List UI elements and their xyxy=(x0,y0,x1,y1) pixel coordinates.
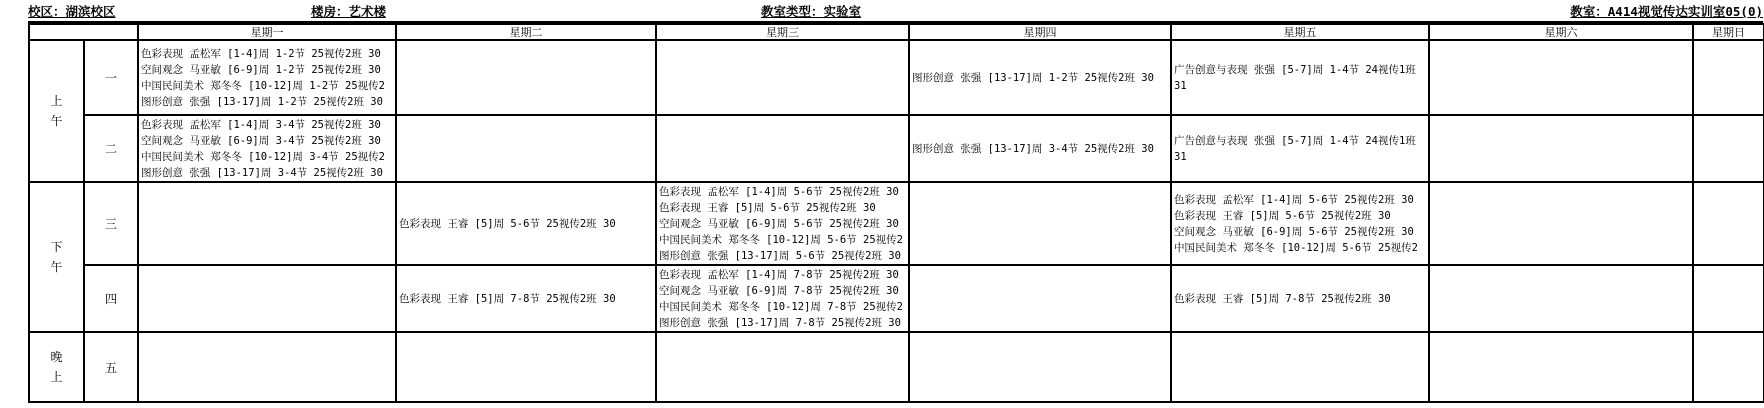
session-cell: 下午 xyxy=(29,182,84,332)
course-entry: 广告创意与表现 张强 [5-7]周 1-4节 24视传1班 xyxy=(1172,62,1428,78)
schedule-cell: 图形创意 张强 [13-17]周 1-2节 25视传2班 30 xyxy=(909,40,1171,115)
schedule-cell xyxy=(396,40,656,115)
timetable-row-五: 晚上五 xyxy=(29,332,1764,402)
schedule-cell: 图形创意 张强 [13-17]周 3-4节 25视传2班 30 xyxy=(909,115,1171,182)
course-entry: 图形创意 张强 [13-17]周 3-4节 25视传2班 30 xyxy=(139,165,395,181)
course-entry: 图形创意 张强 [13-17]周 1-2节 25视传2班 30 xyxy=(910,70,1170,86)
schedule-cell xyxy=(1693,40,1764,115)
session-label: 下午 xyxy=(51,237,63,277)
day-header-friday: 星期五 xyxy=(1171,24,1429,40)
schedule-cell xyxy=(656,115,909,182)
course-entry: 图形创意 张强 [13-17]周 5-6节 25视传2班 30 xyxy=(657,248,908,264)
room-field: 教室：A414视觉传达实训室05(0) xyxy=(1570,4,1763,20)
session-label: 晚上 xyxy=(51,347,63,387)
schedule-cell xyxy=(1429,40,1693,115)
schedule-cell: 色彩表现 孟松军 [1-4]周 3-4节 25视传2班 30空间观念 马亚敏 [… xyxy=(138,115,396,182)
course-entry: 图形创意 张强 [13-17]周 3-4节 25视传2班 30 xyxy=(910,141,1170,157)
schedule-cell xyxy=(1693,115,1764,182)
course-entry: 空间观念 马亚敏 [6-9]周 7-8节 25视传2班 30 xyxy=(657,283,908,299)
schedule-cell xyxy=(1693,182,1764,265)
timetable-body: 上午一色彩表现 孟松军 [1-4]周 1-2节 25视传2班 30空间观念 马亚… xyxy=(29,40,1764,402)
day-header-sunday: 星期日 xyxy=(1693,24,1764,40)
schedule-cell xyxy=(138,265,396,332)
schedule-cell xyxy=(1429,332,1693,402)
schedule-cell: 广告创意与表现 张强 [5-7]周 1-4节 24视传1班 31 xyxy=(1171,40,1429,115)
period-label: 一 xyxy=(84,40,138,115)
corner-cell xyxy=(29,24,138,40)
schedule-cell xyxy=(396,332,656,402)
schedule-cell xyxy=(656,40,909,115)
schedule-cell xyxy=(1429,265,1693,332)
schedule-cell xyxy=(138,182,396,265)
schedule-cell: 色彩表现 孟松军 [1-4]周 7-8节 25视传2班 30空间观念 马亚敏 [… xyxy=(656,265,909,332)
course-entry: 色彩表现 孟松军 [1-4]周 5-6节 25视传2班 30 xyxy=(657,184,908,200)
timetable-row-四: 四色彩表现 王睿 [5]周 7-8节 25视传2班 30色彩表现 孟松军 [1-… xyxy=(29,265,1764,332)
schedule-cell xyxy=(909,182,1171,265)
course-entry: 空间观念 马亚敏 [6-9]周 3-4节 25视传2班 30 xyxy=(139,133,395,149)
page-header: 校区：湖滨校区 楼房：艺术楼 教室类型：实验室 教室：A414视觉传达实训室05… xyxy=(28,4,1763,23)
day-header-row: 星期一 星期二 星期三 星期四 星期五 星期六 星期日 xyxy=(29,24,1764,40)
timetable-row-一: 上午一色彩表现 孟松军 [1-4]周 1-2节 25视传2班 30空间观念 马亚… xyxy=(29,40,1764,115)
course-entry: 色彩表现 孟松军 [1-4]周 7-8节 25视传2班 30 xyxy=(657,267,908,283)
schedule-cell: 广告创意与表现 张强 [5-7]周 1-4节 24视传1班 31 xyxy=(1171,115,1429,182)
course-entry: 图形创意 张强 [13-17]周 1-2节 25视传2班 30 xyxy=(139,94,395,110)
room-type-field: 教室类型：实验室 xyxy=(761,4,861,20)
schedule-cell: 色彩表现 王睿 [5]周 7-8节 25视传2班 30 xyxy=(396,265,656,332)
timetable-row-三: 下午三色彩表现 王睿 [5]周 5-6节 25视传2班 30色彩表现 孟松军 [… xyxy=(29,182,1764,265)
campus-field: 校区：湖滨校区 xyxy=(28,4,116,20)
schedule-cell xyxy=(138,332,396,402)
schedule-cell xyxy=(1429,115,1693,182)
course-entry: 空间观念 马亚敏 [6-9]周 1-2节 25视传2班 30 xyxy=(139,62,395,78)
day-header-saturday: 星期六 xyxy=(1429,24,1693,40)
course-entry: 色彩表现 王睿 [5]周 5-6节 25视传2班 30 xyxy=(397,216,655,232)
course-entry: 空间观念 马亚敏 [6-9]周 5-6节 25视传2班 30 xyxy=(657,216,908,232)
day-header-monday: 星期一 xyxy=(138,24,396,40)
course-entry: 中国民间美术 郑冬冬 [10-12]周 1-2节 25视传2 xyxy=(139,78,395,94)
schedule-cell xyxy=(1693,265,1764,332)
course-entry: 图形创意 张强 [13-17]周 7-8节 25视传2班 30 xyxy=(657,315,908,331)
timetable-page: 校区：湖滨校区 楼房：艺术楼 教室类型：实验室 教室：A414视觉传达实训室05… xyxy=(0,0,1764,408)
course-entry: 中国民间美术 郑冬冬 [10-12]周 5-6节 25视传2 xyxy=(1172,240,1428,256)
schedule-cell xyxy=(1171,332,1429,402)
schedule-cell: 色彩表现 孟松军 [1-4]周 1-2节 25视传2班 30空间观念 马亚敏 [… xyxy=(138,40,396,115)
schedule-cell xyxy=(396,115,656,182)
schedule-cell xyxy=(1693,332,1764,402)
schedule-cell: 色彩表现 王睿 [5]周 7-8节 25视传2班 30 xyxy=(1171,265,1429,332)
course-entry: 色彩表现 孟松军 [1-4]周 3-4节 25视传2班 30 xyxy=(139,117,395,133)
schedule-cell: 色彩表现 孟松军 [1-4]周 5-6节 25视传2班 30色彩表现 王睿 [5… xyxy=(1171,182,1429,265)
course-entry: 色彩表现 孟松军 [1-4]周 5-6节 25视传2班 30 xyxy=(1172,192,1428,208)
session-label: 上午 xyxy=(51,91,63,131)
course-entry: 色彩表现 孟松军 [1-4]周 1-2节 25视传2班 30 xyxy=(139,46,395,62)
day-header-wednesday: 星期三 xyxy=(656,24,909,40)
timetable: 星期一 星期二 星期三 星期四 星期五 星期六 星期日 上午一色彩表现 孟松军 … xyxy=(28,23,1764,403)
building-field: 楼房：艺术楼 xyxy=(311,4,386,20)
session-cell: 晚上 xyxy=(29,332,84,402)
session-cell: 上午 xyxy=(29,40,84,182)
schedule-cell xyxy=(656,332,909,402)
course-entry: 空间观念 马亚敏 [6-9]周 5-6节 25视传2班 30 xyxy=(1172,224,1428,240)
course-entry: 色彩表现 王睿 [5]周 5-6节 25视传2班 30 xyxy=(657,200,908,216)
course-entry: 中国民间美术 郑冬冬 [10-12]周 5-6节 25视传2 xyxy=(657,232,908,248)
course-entry: 色彩表现 王睿 [5]周 7-8节 25视传2班 30 xyxy=(397,291,655,307)
course-entry: 中国民间美术 郑冬冬 [10-12]周 3-4节 25视传2 xyxy=(139,149,395,165)
course-entry: 中国民间美术 郑冬冬 [10-12]周 7-8节 25视传2 xyxy=(657,299,908,315)
schedule-cell: 色彩表现 王睿 [5]周 5-6节 25视传2班 30 xyxy=(396,182,656,265)
schedule-cell xyxy=(1429,182,1693,265)
period-label: 三 xyxy=(84,182,138,265)
day-header-tuesday: 星期二 xyxy=(396,24,656,40)
course-entry: 31 xyxy=(1172,149,1428,165)
period-label: 五 xyxy=(84,332,138,402)
period-label: 四 xyxy=(84,265,138,332)
course-entry: 31 xyxy=(1172,78,1428,94)
schedule-cell xyxy=(909,265,1171,332)
period-label: 二 xyxy=(84,115,138,182)
schedule-cell xyxy=(909,332,1171,402)
course-entry: 色彩表现 王睿 [5]周 7-8节 25视传2班 30 xyxy=(1172,291,1428,307)
course-entry: 广告创意与表现 张强 [5-7]周 1-4节 24视传1班 xyxy=(1172,133,1428,149)
day-header-thursday: 星期四 xyxy=(909,24,1171,40)
timetable-row-二: 二色彩表现 孟松军 [1-4]周 3-4节 25视传2班 30空间观念 马亚敏 … xyxy=(29,115,1764,182)
schedule-cell: 色彩表现 孟松军 [1-4]周 5-6节 25视传2班 30色彩表现 王睿 [5… xyxy=(656,182,909,265)
course-entry: 色彩表现 王睿 [5]周 5-6节 25视传2班 30 xyxy=(1172,208,1428,224)
